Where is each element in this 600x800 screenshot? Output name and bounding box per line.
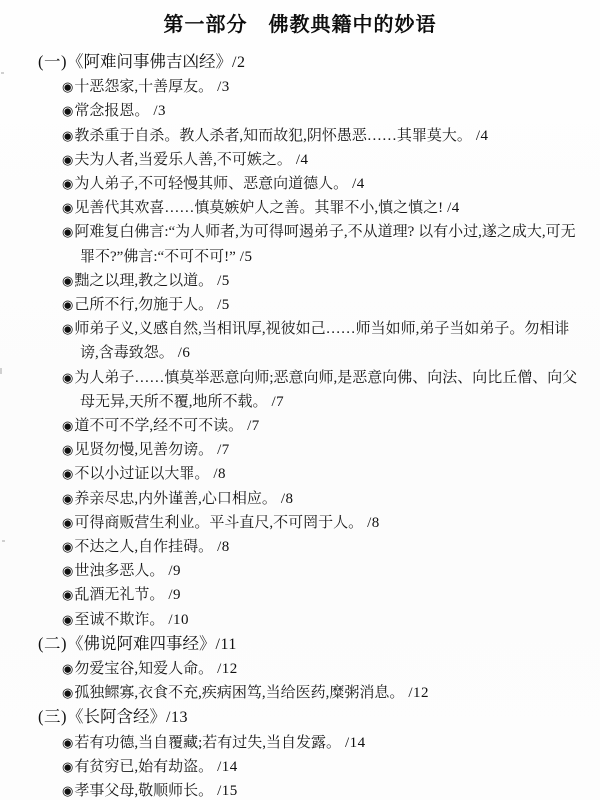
scan-artifact: [1, 72, 4, 74]
toc-item: ◉养亲尽忠,内外谨善,心口相应。/8: [62, 487, 588, 511]
toc-item-page-number: /4: [296, 152, 309, 168]
toc-item-text: 己所不行,勿施于人。: [74, 297, 213, 313]
toc-item-page-number: /9: [168, 563, 181, 579]
toc-item-text: 若有功德,当自覆藏;若有过失,当自发露。: [74, 735, 341, 751]
toc-item-page-number: /5: [217, 297, 230, 313]
toc-item: ◉教杀重于自杀。教人杀者,知而故犯,阴怀愚恶……其罪莫大。/4: [62, 124, 588, 148]
section-book-title: 《佛说阿难四事经》: [67, 634, 216, 653]
toc-item-page-number: /15: [217, 783, 238, 799]
toc-item-text: 至诚不欺诈。: [74, 612, 164, 628]
bullet-icon: ◉: [62, 273, 73, 288]
toc-item-page-number: /8: [367, 515, 380, 531]
bullet-icon: ◉: [62, 661, 73, 676]
toc-item-page-number: /8: [217, 539, 230, 555]
toc-item-page-number: /3: [153, 103, 166, 119]
bullet-icon: ◉: [62, 612, 73, 627]
toc-item: ◉道不可不学,经不可不读。/7: [62, 414, 588, 438]
toc-item: ◉阿难复白佛言:“为人师者,为可得呵遏弟子,不从道理? 以有小过,遂之成大,可无…: [62, 220, 588, 268]
toc-item-page-number: /5: [217, 273, 230, 289]
bullet-icon: ◉: [62, 128, 73, 143]
section-page-number: /13: [166, 709, 188, 726]
bullet-icon: ◉: [62, 224, 73, 239]
bullet-icon: ◉: [62, 735, 73, 750]
toc-item: ◉见善代其欢喜……慎莫嫉妒人之善。其罪不小,慎之慎之!/4: [62, 196, 588, 220]
toc-item: ◉黜之以理,教之以道。/5: [62, 269, 588, 293]
toc-item-text: 孤独鳏寡,衣食不充,疾病困笃,当给医药,糜粥消息。: [74, 685, 404, 701]
toc-item-text: 勿爱宝谷,知爱人命。: [74, 661, 213, 677]
bullet-icon: ◉: [62, 321, 73, 336]
toc-item-text: 见贤勿慢,见善勿谤。: [74, 442, 213, 458]
bullet-icon: ◉: [62, 466, 73, 481]
section-number: (三): [38, 707, 67, 726]
toc-item-text: 为人弟子,不可轻慢其师、恶意向道德人。: [74, 176, 348, 192]
toc-item: ◉勿爱宝谷,知爱人命。/12: [62, 657, 588, 681]
toc-item: ◉见贤勿慢,见善勿谤。/7: [62, 438, 588, 462]
toc-item: ◉为人弟子,不可轻慢其师、恶意向道德人。/4: [62, 172, 588, 196]
toc-item: ◉可得商贩营生利业。平斗直尺,不可罔于人。/8: [62, 511, 588, 535]
toc-item: ◉师弟子义,义感自然,当相讯厚,视彼如己……师当如师,弟子当如弟子。勿相诽谤,含…: [62, 317, 588, 365]
bullet-icon: ◉: [62, 176, 73, 191]
toc-item-page-number: /7: [217, 442, 230, 458]
toc-item-text: 为人弟子……慎莫举恶意向师;恶意向师,是恶意向佛、向法、向比丘僧、向父母无异,天…: [74, 370, 577, 410]
toc-item-page-number: /4: [476, 128, 489, 144]
toc-item: ◉若有功德,当自覆藏;若有过失,当自发露。/14: [62, 731, 588, 755]
toc-item-text: 可得商贩营生利业。平斗直尺,不可罔于人。: [74, 515, 363, 531]
toc-item-text: 世浊多恶人。: [74, 563, 164, 579]
toc-item-page-number: /3: [217, 79, 230, 95]
toc-item: ◉常念报恩。/3: [62, 99, 588, 123]
toc-item-page-number: /12: [408, 685, 429, 701]
bullet-icon: ◉: [62, 297, 73, 312]
toc-item-text: 十恶怨家,十善厚友。: [74, 79, 213, 95]
toc-item: ◉孝事父母,敬顺师长。/15: [62, 779, 588, 800]
toc-item-text: 夫为人者,当爱乐人善,不可嫉之。: [74, 152, 292, 168]
toc-item-page-number: /5: [240, 249, 253, 265]
toc-item-text: 不以小过证以大罪。: [74, 466, 209, 482]
section-number: (二): [38, 634, 67, 653]
toc-item-text: 见善代其欢喜……慎莫嫉妒人之善。其罪不小,慎之慎之!: [74, 200, 443, 216]
toc-item-text: 阿难复白佛言:“为人师者,为可得呵遏弟子,不从道理? 以有小过,遂之成大,可无罪…: [74, 224, 575, 264]
bullet-icon: ◉: [62, 103, 73, 118]
toc-item-page-number: /12: [217, 661, 238, 677]
toc-item: ◉为人弟子……慎莫举恶意向师;恶意向师,是恶意向佛、向法、向比丘僧、向父母无异,…: [62, 366, 588, 414]
bullet-icon: ◉: [62, 200, 73, 215]
bullet-icon: ◉: [62, 79, 73, 94]
toc-item-page-number: /14: [217, 759, 238, 775]
section-page-number: /11: [216, 636, 237, 653]
toc-item-text: 黜之以理,教之以道。: [74, 273, 213, 289]
bullet-icon: ◉: [62, 442, 73, 457]
bullet-icon: ◉: [62, 759, 73, 774]
toc-item: ◉乱酒无礼节。/9: [62, 583, 588, 607]
toc-item-page-number: /7: [272, 394, 285, 410]
toc-item: ◉孤独鳏寡,衣食不充,疾病困笃,当给医药,糜粥消息。/12: [62, 681, 588, 705]
bullet-icon: ◉: [62, 370, 73, 385]
toc-item-text: 常念报恩。: [74, 103, 149, 119]
toc-item-page-number: /4: [447, 200, 460, 216]
bullet-icon: ◉: [62, 152, 73, 167]
section-heading: (二)《佛说阿难四事经》/11: [38, 632, 588, 657]
toc-item-text: 师弟子义,义感自然,当相讯厚,视彼如己……师当如师,弟子当如弟子。勿相诽谤,含毒…: [74, 321, 569, 361]
section-book-title: 《长阿含经》: [67, 707, 166, 726]
bullet-icon: ◉: [62, 418, 73, 433]
toc-item: ◉不达之人,自作挂碍。/8: [62, 535, 588, 559]
toc-item: ◉不以小过证以大罪。/8: [62, 462, 588, 486]
toc-item-text: 孝事父母,敬顺师长。: [74, 783, 213, 799]
toc-item-text: 道不可不学,经不可不读。: [74, 418, 243, 434]
toc-item-page-number: /8: [281, 491, 294, 507]
scan-artifact: [0, 368, 2, 374]
section-book-title: 《阿难问事佛吉凶经》: [67, 52, 232, 71]
toc-item-text: 教杀重于自杀。教人杀者,知而故犯,阴怀愚恶……其罪莫大。: [74, 128, 472, 144]
part-title: 第一部分 佛教典籍中的妙语: [0, 0, 600, 37]
toc-item: ◉至诚不欺诈。/10: [62, 608, 588, 632]
bullet-icon: ◉: [62, 515, 73, 530]
toc-item-text: 乱酒无礼节。: [74, 587, 164, 603]
toc-item-text: 有贫穷已,始有劫盗。: [74, 759, 213, 775]
toc-item: ◉十恶怨家,十善厚友。/3: [62, 75, 588, 99]
toc-item-page-number: /14: [345, 735, 366, 751]
toc-item-page-number: /4: [352, 176, 365, 192]
bullet-icon: ◉: [62, 783, 73, 798]
bullet-icon: ◉: [62, 685, 73, 700]
bullet-icon: ◉: [62, 563, 73, 578]
toc-item: ◉有贫穷已,始有劫盗。/14: [62, 755, 588, 779]
bullet-icon: ◉: [62, 491, 73, 506]
toc-item-page-number: /6: [178, 345, 191, 361]
scan-artifact: [2, 540, 5, 542]
section-heading: (一)《阿难问事佛吉凶经》/2: [38, 50, 588, 75]
section-page-number: /2: [232, 54, 245, 71]
toc-item-page-number: /9: [168, 587, 181, 603]
section-number: (一): [38, 52, 67, 71]
toc-item-page-number: /10: [168, 612, 189, 628]
toc-item: ◉世浊多恶人。/9: [62, 559, 588, 583]
toc-item-page-number: /7: [247, 418, 260, 434]
toc-item-page-number: /8: [213, 466, 226, 482]
section-heading: (三)《长阿含经》/13: [38, 705, 588, 730]
scanned-book-page: 第一部分 佛教典籍中的妙语 (一)《阿难问事佛吉凶经》/2◉十恶怨家,十善厚友。…: [0, 0, 600, 800]
bullet-icon: ◉: [62, 587, 73, 602]
toc-item-text: 不达之人,自作挂碍。: [74, 539, 213, 555]
bullet-icon: ◉: [62, 539, 73, 554]
toc: (一)《阿难问事佛吉凶经》/2◉十恶怨家,十善厚友。/3◉常念报恩。/3◉教杀重…: [0, 50, 600, 800]
toc-item-text: 养亲尽忠,内外谨善,心口相应。: [74, 491, 277, 507]
toc-item: ◉夫为人者,当爱乐人善,不可嫉之。/4: [62, 148, 588, 172]
toc-item: ◉己所不行,勿施于人。/5: [62, 293, 588, 317]
